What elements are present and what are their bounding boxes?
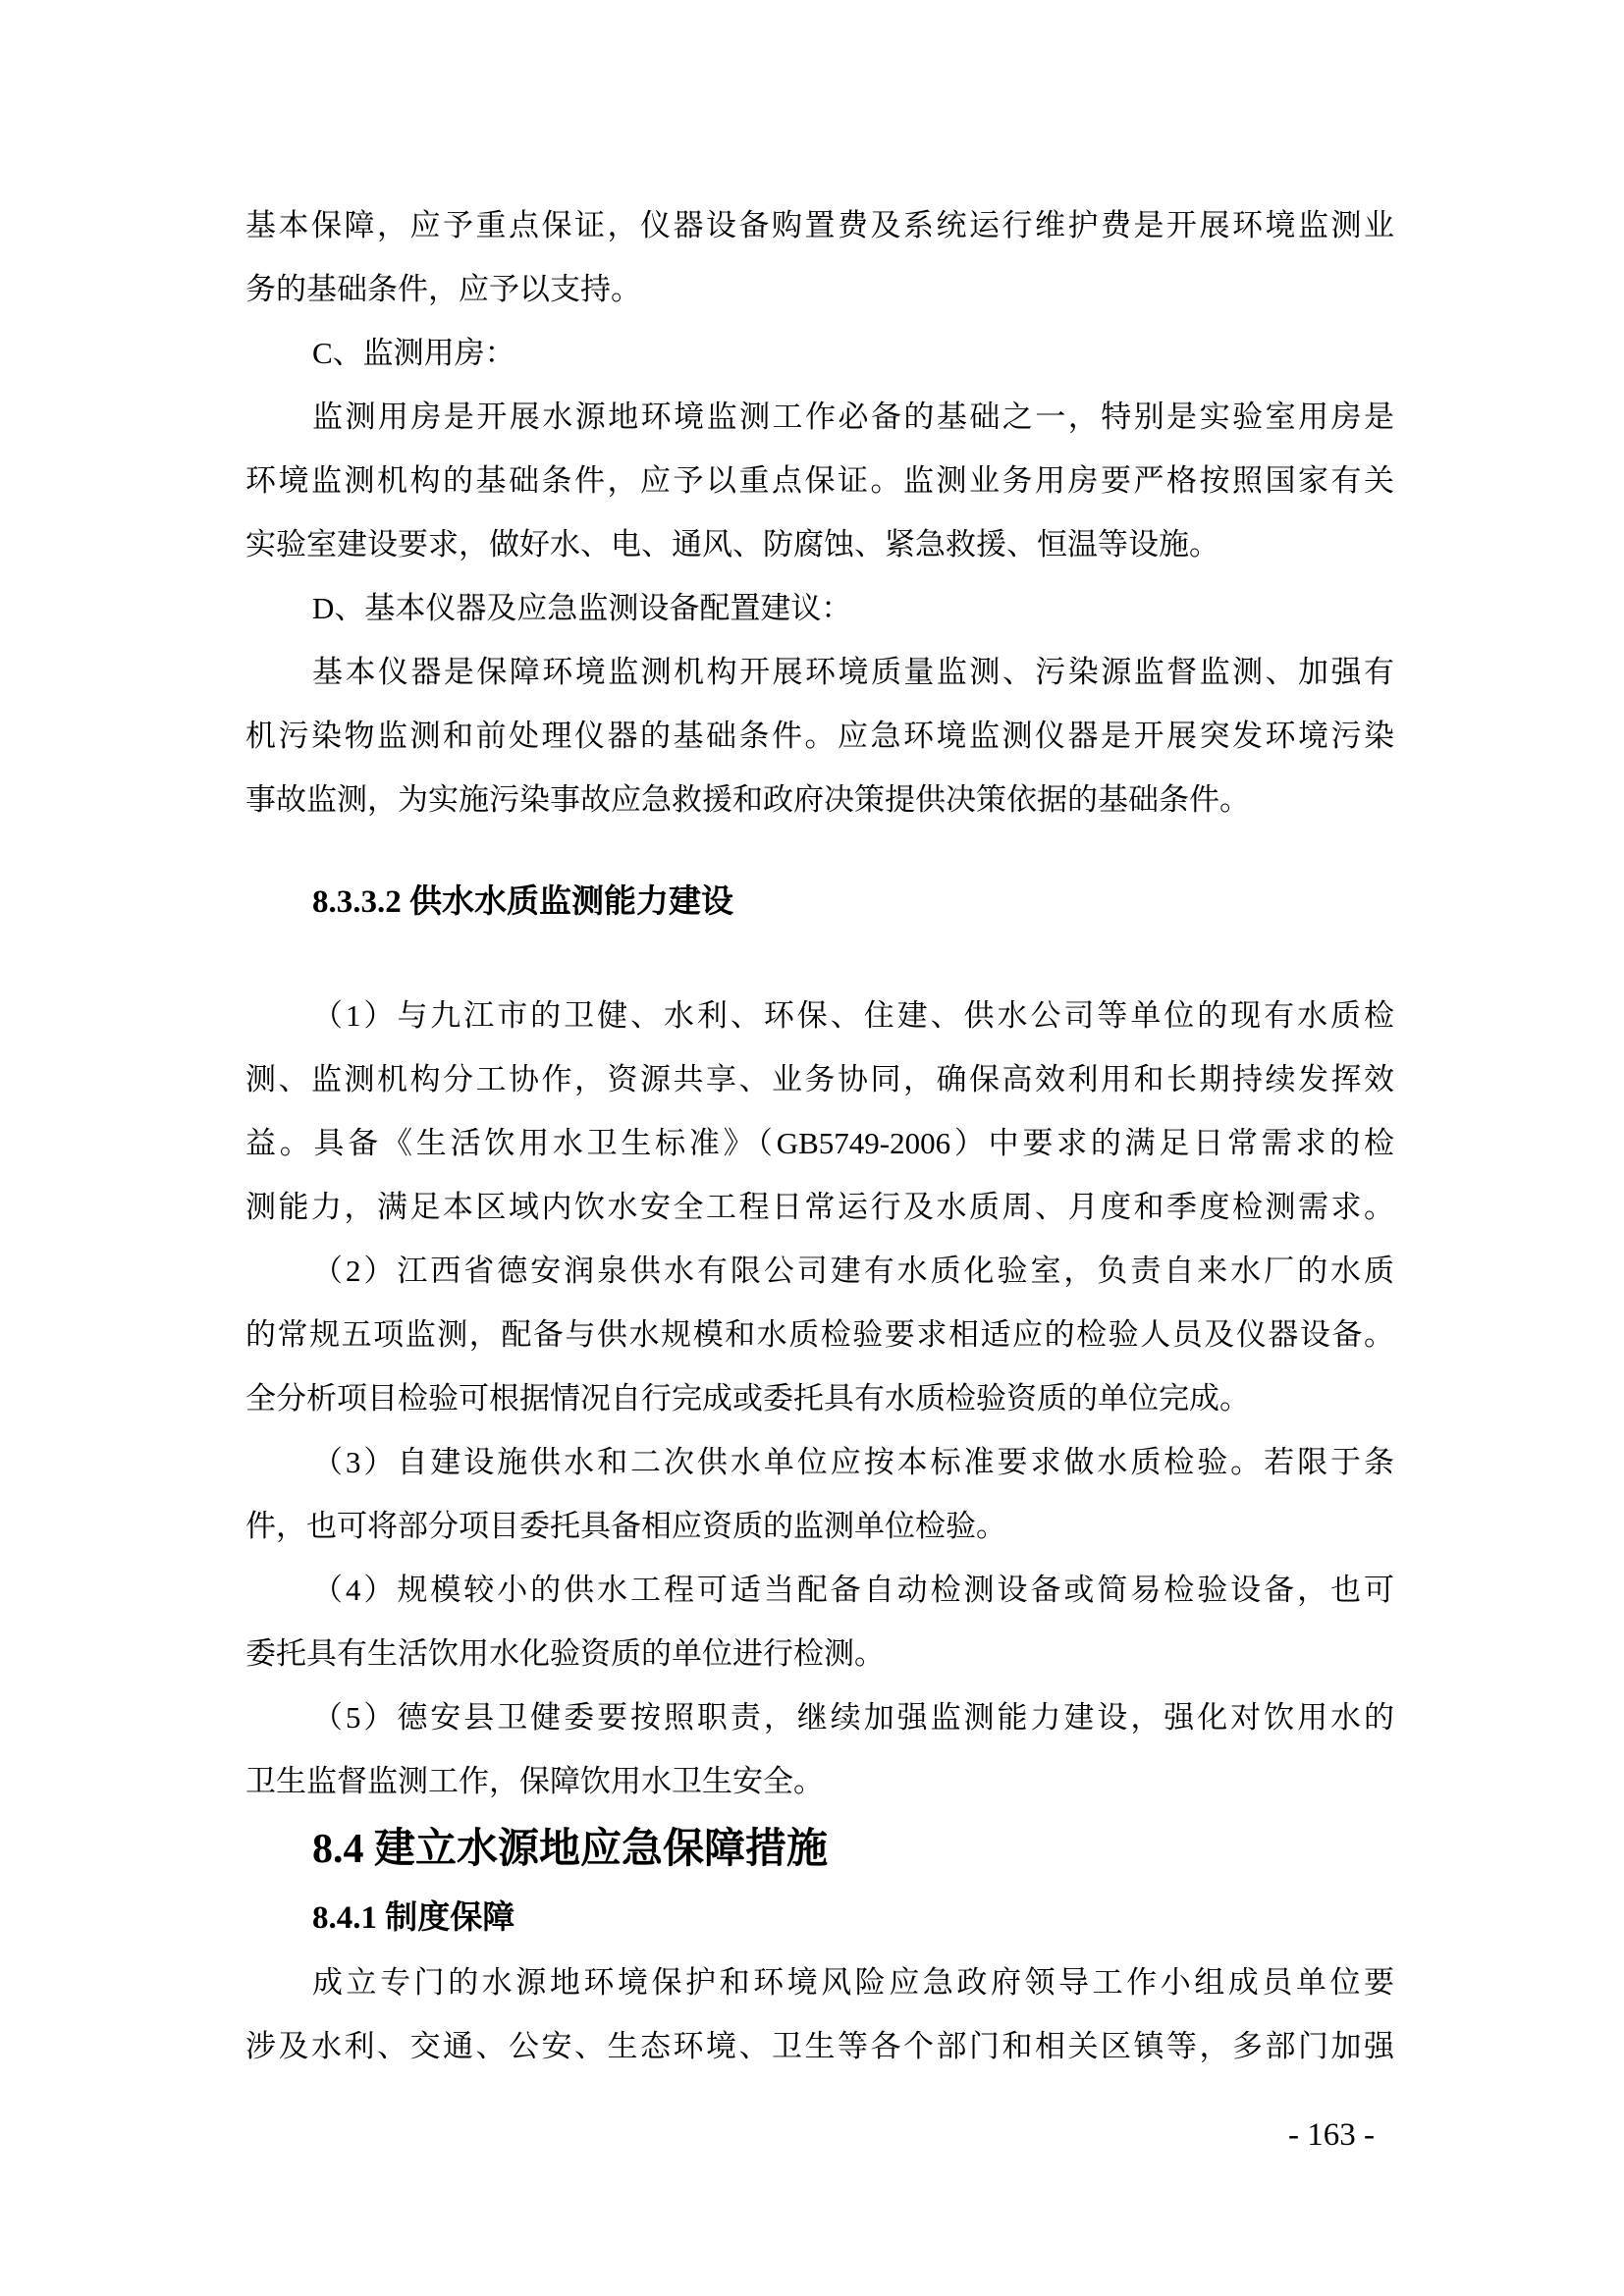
paragraph-line: （3）自建设施供水和二次供水单位应按本标准要求做水质检验。若限于条 xyxy=(245,1430,1394,1494)
section-heading: 8.3.3.2 供水水质监测能力建设 xyxy=(245,871,1394,934)
document-lines: 基本保障，应予重点保证，仪器设备购置费及系统运行维护费是开展环境监测业务的基础条… xyxy=(245,193,1394,2078)
paragraph-line: 委托具有生活饮用水化验资质的单位进行检测。 xyxy=(245,1622,1394,1685)
paragraph-line: 监测用房是开展水源地环境监测工作必备的基础之一，特别是实验室用房是 xyxy=(245,385,1394,449)
paragraph-line: 事故监测，为实施污染事故应急救援和政府决策提供决策依据的基础条件。 xyxy=(245,768,1394,831)
paragraph-line: 涉及水利、交通、公安、生态环境、卫生等各个部门和相关区镇等，多部门加强 xyxy=(245,2014,1394,2078)
paragraph-line: 测、监测机构分工协作，资源共享、业务协同，确保高效利用和长期持续发挥效 xyxy=(245,1047,1394,1111)
chapter-heading: 8.4 建立水源地应急保障措施 xyxy=(245,1813,1394,1887)
paragraph-line: 基本保障，应予重点保证，仪器设备购置费及系统运行维护费是开展环境监测业 xyxy=(245,193,1394,257)
paragraph-line: （4）规模较小的供水工程可适当配备自动检测设备或简易检验设备，也可 xyxy=(245,1558,1394,1622)
paragraph-line: D、基本仪器及应急监测设备配置建议： xyxy=(245,576,1394,640)
paragraph-line: 机污染物监测和前处理仪器的基础条件。应急环境监测仪器是开展突发环境污染 xyxy=(245,704,1394,768)
subsection-heading: 8.4.1 制度保障 xyxy=(245,1887,1394,1950)
paragraph-line: 成立专门的水源地环境保护和环境风险应急政府领导工作小组成员单位要 xyxy=(245,1950,1394,2014)
page-number: - 163 - xyxy=(245,2115,1394,2155)
paragraph-line: 实验室建设要求，做好水、电、通风、防腐蚀、紧急救援、恒温等设施。 xyxy=(245,512,1394,576)
paragraph-line: C、监测用房： xyxy=(245,321,1394,385)
paragraph-line: 务的基础条件，应予以支持。 xyxy=(245,257,1394,321)
paragraph-line: 卫生监督监测工作，保障饮用水卫生安全。 xyxy=(245,1749,1394,1813)
paragraph-line: 环境监测机构的基础条件，应予以重点保证。监测业务用房要严格按照国家有关 xyxy=(245,449,1394,512)
paragraph-line: （1）与九江市的卫健、水利、环保、住建、供水公司等单位的现有水质检 xyxy=(245,984,1394,1047)
document-page: 基本保障，应予重点保证，仪器设备购置费及系统运行维护费是开展环境监测业务的基础条… xyxy=(0,0,1624,2296)
document-content: 基本保障，应予重点保证，仪器设备购置费及系统运行维护费是开展环境监测业务的基础条… xyxy=(245,193,1394,2155)
paragraph-line: 测能力，满足本区域内饮水安全工程日常运行及水质周、月度和季度检测需求。 xyxy=(245,1175,1394,1239)
paragraph-line: 件，也可将部分项目委托具备相应资质的监测单位检验。 xyxy=(245,1494,1394,1558)
paragraph-line: （2）江西省德安润泉供水有限公司建有水质化验室，负责自来水厂的水质 xyxy=(245,1239,1394,1303)
paragraph-line: 益。具备《生活饮用水卫生标准》（GB5749-2006）中要求的满足日常需求的检 xyxy=(245,1111,1394,1175)
paragraph-line: （5）德安县卫健委要按照职责，继续加强监测能力建设，强化对饮用水的 xyxy=(245,1685,1394,1749)
paragraph-line: 的常规五项监测，配备与供水规模和水质检验要求相适应的检验人员及仪器设备。 xyxy=(245,1303,1394,1366)
paragraph-line: 全分析项目检验可根据情况自行完成或委托具有水质检验资质的单位完成。 xyxy=(245,1366,1394,1430)
paragraph-line: 基本仪器是保障环境监测机构开展环境质量监测、污染源监督监测、加强有 xyxy=(245,640,1394,704)
